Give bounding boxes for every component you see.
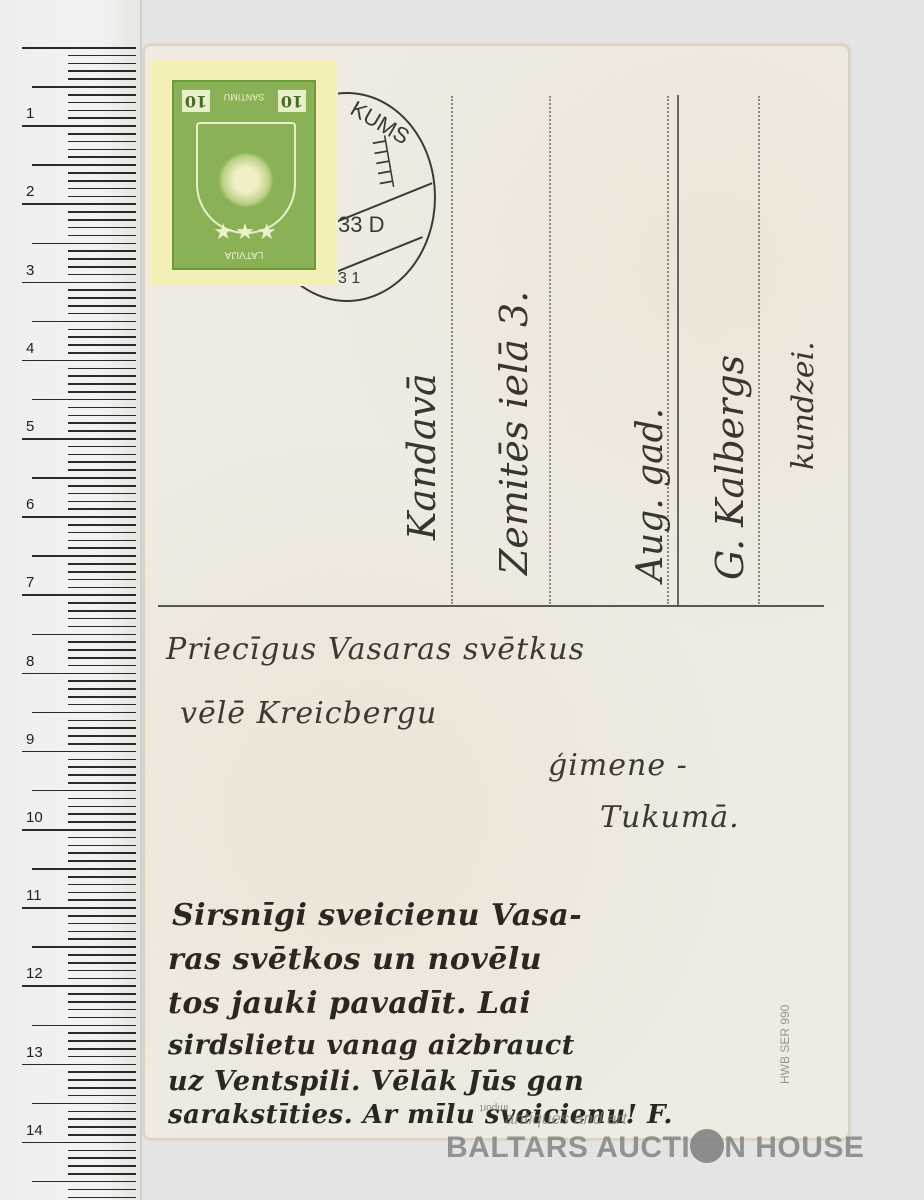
ruler-tick — [68, 962, 136, 964]
ruler-tick — [68, 1095, 136, 1097]
ruler-tick — [68, 235, 136, 237]
ruler-tick — [68, 587, 136, 589]
ruler-tick — [22, 516, 136, 518]
ruler-tick — [68, 1165, 136, 1167]
ruler-tick — [68, 1087, 136, 1089]
postmark-bar — [333, 236, 423, 274]
ruler-tick — [68, 446, 136, 448]
ruler-label: 13 — [26, 1044, 43, 1061]
ruler-tick — [68, 469, 136, 471]
ruler-tick — [68, 1009, 136, 1011]
stars-icon: ★★★ — [204, 220, 288, 245]
ruler-tick — [22, 985, 136, 987]
ruler-tick — [68, 227, 136, 229]
ruler-tick — [22, 1064, 136, 1066]
ruler-tick — [68, 117, 136, 119]
message-divider — [158, 605, 824, 607]
ruler-tick — [68, 133, 136, 135]
ruler-label: 12 — [26, 965, 43, 982]
ruler-tick — [68, 837, 136, 839]
ruler-tick — [68, 156, 136, 158]
ruler-tick — [68, 102, 136, 104]
ruler-tick — [68, 563, 136, 565]
ruler-label: 9 — [26, 731, 34, 748]
measuring-ruler: 1234567891011121314 — [0, 0, 142, 1200]
ruler-tick — [22, 751, 136, 753]
ruler-tick — [68, 329, 136, 331]
ruler-tick — [68, 704, 136, 706]
ruler-tick — [22, 203, 136, 205]
ruler-tick — [68, 899, 136, 901]
ruler-tick — [68, 297, 136, 299]
ruler-tick — [68, 696, 136, 698]
ruler-tick — [68, 931, 136, 933]
ruler-tick — [68, 383, 136, 385]
ruler-tick — [68, 94, 136, 96]
ruler-tick — [68, 813, 136, 815]
watermark-name-left: BALTARS AUCTI — [446, 1131, 690, 1164]
message-bottom-line-1: Sirsnīgi sveicienu Vasa- — [172, 898, 582, 933]
stamp-currency: SANTIMU — [214, 92, 274, 102]
ruler-tick — [68, 1150, 136, 1152]
message-bottom-line-5: uz Ventspili. Vēlāk Jūs gan — [168, 1066, 584, 1097]
ruler-tick — [68, 508, 136, 510]
ruler-tick — [68, 860, 136, 862]
ruler-tick — [68, 274, 136, 276]
address-line — [758, 96, 760, 604]
ruler-tick — [68, 845, 136, 847]
ruler-tick — [68, 680, 136, 682]
ruler-tick — [32, 946, 136, 948]
ruler-tick — [22, 1142, 136, 1144]
ruler-tick — [32, 321, 136, 323]
ruler-tick — [68, 720, 136, 722]
ruler-label: 7 — [26, 574, 34, 591]
ruler-tick — [68, 1134, 136, 1136]
ruler-tick — [68, 876, 136, 878]
message-bottom-line-2: ras svētkos un novēlu — [168, 942, 542, 977]
ruler-tick — [68, 141, 136, 143]
ruler-tick — [68, 1056, 136, 1058]
ruler-tick — [68, 1048, 136, 1050]
ruler-tick — [68, 641, 136, 643]
ruler-tick — [68, 188, 136, 190]
ruler-tick — [68, 821, 136, 823]
ruler-tick — [68, 55, 136, 57]
ruler-tick — [68, 759, 136, 761]
ruler-tick — [68, 70, 136, 72]
address-line-2: Zemitēs ielā 3. — [492, 291, 536, 575]
ruler-tick — [68, 524, 136, 526]
ruler-tick — [22, 907, 136, 909]
ruler-tick — [68, 727, 136, 729]
ruler-tick — [68, 735, 136, 737]
ruler-tick — [68, 430, 136, 432]
ruler-label: 4 — [26, 340, 34, 357]
ruler-tick — [68, 688, 136, 690]
ruler-tick — [32, 634, 136, 636]
ruler-label: 5 — [26, 418, 34, 435]
ruler-tick — [22, 125, 136, 127]
ruler-tick — [68, 407, 136, 409]
ruler-tick — [68, 892, 136, 894]
ruler-tick — [32, 712, 136, 714]
ruler-tick — [68, 602, 136, 604]
ruler-tick — [68, 626, 136, 628]
ruler-tick — [68, 540, 136, 542]
ruler-tick — [68, 391, 136, 393]
ruler-tick — [68, 501, 136, 503]
ruler-tick — [68, 1157, 136, 1159]
ruler-tick — [68, 461, 136, 463]
ruler-tick — [68, 196, 136, 198]
ruler-tick — [32, 1181, 136, 1183]
sun-icon — [218, 152, 274, 208]
ruler-tick — [68, 1017, 136, 1019]
address-line-1: Kandavā — [400, 373, 444, 540]
ruler-tick — [68, 63, 136, 65]
ruler-tick — [68, 415, 136, 417]
ruler-label: 6 — [26, 496, 34, 513]
ruler-tick — [32, 790, 136, 792]
ruler-tick — [68, 1189, 136, 1191]
ruler-label: 3 — [26, 262, 34, 279]
ruler-tick — [68, 313, 136, 315]
ruler-tick — [68, 1118, 136, 1120]
ruler-tick — [32, 243, 136, 245]
ruler-tick — [32, 1103, 136, 1105]
message-bottom-line-3: tos jauki pavadīt. Lai — [168, 986, 531, 1021]
ruler-tick — [68, 149, 136, 151]
ruler-tick — [68, 172, 136, 174]
address-divider — [677, 95, 679, 605]
message-top-line-4: Tukumā. — [600, 800, 740, 835]
stamp-frame: 10 SANTIMU 10 ★★★ LATVIJA — [172, 80, 316, 270]
ruler-tick — [68, 766, 136, 768]
ruler-tick — [68, 305, 136, 307]
ruler-tick — [68, 219, 136, 221]
ruler-tick — [68, 1032, 136, 1034]
ruler-tick — [22, 360, 136, 362]
ruler-tick — [22, 594, 136, 596]
ruler-tick — [68, 915, 136, 917]
message-bottom-line-4: sirdslietu vanag aizbrauct — [168, 1030, 575, 1061]
ruler-tick — [68, 532, 136, 534]
ruler-tick — [68, 1071, 136, 1073]
stamp-country: LATVIJA — [204, 249, 284, 260]
address-line — [549, 96, 551, 604]
ruler-tick — [68, 923, 136, 925]
auction-logo-icon — [690, 1129, 724, 1163]
postmark-line4: 3 1 — [338, 270, 360, 288]
ruler-tick — [68, 547, 136, 549]
ruler-tick — [68, 610, 136, 612]
ruler-tick — [68, 571, 136, 573]
address-line — [451, 96, 453, 604]
ruler-tick — [32, 555, 136, 557]
ruler-tick — [68, 78, 136, 80]
ruler-tick — [22, 282, 136, 284]
ruler-tick — [68, 774, 136, 776]
ruler-tick — [68, 352, 136, 354]
ruler-label: 1 — [26, 105, 34, 122]
ruler-tick — [68, 852, 136, 854]
ruler-tick — [68, 579, 136, 581]
ruler-tick — [68, 1173, 136, 1175]
ruler-tick — [22, 438, 136, 440]
ruler-tick — [68, 884, 136, 886]
ruler-tick — [32, 1025, 136, 1027]
ruler-tick — [68, 250, 136, 252]
ruler-tick — [68, 336, 136, 338]
ruler-tick — [68, 806, 136, 808]
ruler-tick — [68, 954, 136, 956]
ruler-tick — [68, 368, 136, 370]
ruler-tick — [68, 289, 136, 291]
ruler-label: 8 — [26, 653, 34, 670]
message-top-line-3: ģimene - — [548, 748, 688, 783]
ruler-tick — [68, 266, 136, 268]
ruler-tick — [68, 1126, 136, 1128]
ruler-tick — [68, 422, 136, 424]
ruler-tick — [32, 477, 136, 479]
ruler-tick — [68, 344, 136, 346]
stamp-value-right: 10 — [278, 90, 306, 112]
watermark-tagline: antiques and art — [505, 1109, 627, 1129]
message-top-line-2: vēlē Kreicbergu — [180, 696, 437, 731]
ruler-label: 10 — [26, 809, 43, 826]
ruler-tick — [68, 782, 136, 784]
watermark-name-right: N HOUSE — [724, 1131, 864, 1164]
ruler-tick — [68, 938, 136, 940]
ruler-tick — [68, 1001, 136, 1003]
ruler-label: 2 — [26, 183, 34, 200]
ruler-tick — [68, 454, 136, 456]
ruler-label: 11 — [26, 887, 42, 904]
ruler-tick — [68, 618, 136, 620]
ruler-tick — [68, 375, 136, 377]
ruler-tick — [32, 868, 136, 870]
ruler-tick — [68, 665, 136, 667]
ruler-label: 14 — [26, 1122, 43, 1139]
ruler-tick — [68, 657, 136, 659]
watermark-logo: BALTARS AUCTIN HOUSE — [446, 1131, 864, 1166]
stamp-value-left: 10 — [182, 90, 210, 112]
message-top-line-1: Priecīgus Vasaras svētkus — [166, 632, 585, 667]
ruler-tick — [68, 1040, 136, 1042]
ruler-tick — [68, 211, 136, 213]
ruler-tick — [68, 180, 136, 182]
ruler-tick — [22, 829, 136, 831]
ruler-tick — [68, 493, 136, 495]
ruler-tick — [68, 258, 136, 260]
ruler-tick — [68, 798, 136, 800]
ruler-tick — [32, 86, 136, 88]
address-line-3: Aug. gad. — [630, 408, 671, 582]
ruler-tick — [68, 993, 136, 995]
ruler-tick — [68, 1079, 136, 1081]
ruler-tick — [68, 649, 136, 651]
ruler-tick — [68, 1111, 136, 1113]
ruler-tick — [68, 978, 136, 980]
address-line-4: G. Kalbergs — [708, 355, 752, 580]
ruler-tick — [68, 485, 136, 487]
ruler-tick — [22, 47, 136, 49]
ruler-tick — [68, 970, 136, 972]
ruler-tick — [68, 1197, 136, 1199]
ruler-tick — [68, 743, 136, 745]
ruler-tick — [32, 399, 136, 401]
publisher-mark: HWB SER 990 — [778, 1005, 792, 1084]
ruler-tick — [22, 673, 136, 675]
ruler-tick — [32, 164, 136, 166]
address-line-5: kundzei. — [786, 341, 821, 470]
ruler-tick — [68, 110, 136, 112]
postage-stamp: 10 SANTIMU 10 ★★★ LATVIJA — [152, 62, 336, 284]
